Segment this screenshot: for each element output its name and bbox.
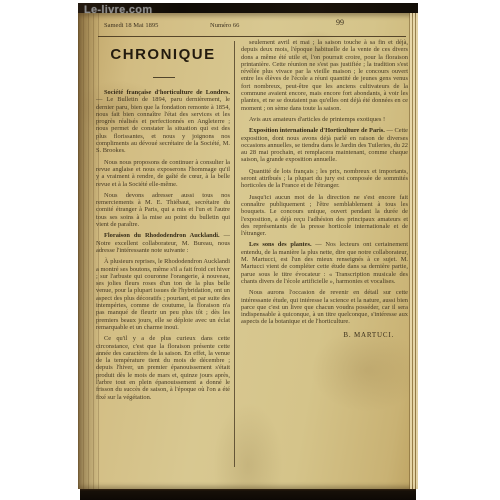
paragraph-lead: Exposition internationale d'Horticulture… <box>249 127 386 134</box>
paragraph-body: seulement avril et mai ; la saison touch… <box>241 39 408 112</box>
paragraph-body: Ce qu'il y a de plus curieux dans cette … <box>96 335 230 400</box>
paragraph-body: Avis aux amateurs d'articles de printemp… <box>249 116 385 123</box>
paragraph: Exposition internationale d'Horticulture… <box>241 127 408 163</box>
column-divider <box>234 41 235 467</box>
header-date: Samedi 18 Mai 1895 <box>104 22 158 29</box>
page-stack-edge <box>409 13 418 489</box>
journal-page: Samedi 18 Mai 1895 Numéro 66 99 CHRONIQU… <box>78 13 418 489</box>
paragraph-body: — Nos lecteurs ont certainement entendu,… <box>241 241 408 284</box>
paragraph: Avis aux amateurs d'articles de printemp… <box>241 116 408 123</box>
paragraph-lead: Les sons des plantes. <box>249 241 315 248</box>
paragraph-lead: Société française d'horticulture de Lond… <box>104 89 230 96</box>
paragraph-body: Nous devons adresser aussi tous nos reme… <box>96 192 230 228</box>
header-issue-number: Numéro 66 <box>210 22 239 29</box>
scanned-book-page: Samedi 18 Mai 1895 Numéro 66 99 CHRONIQU… <box>78 3 418 500</box>
paragraph: seulement avril et mai ; la saison touch… <box>241 39 408 112</box>
paragraph: Les sons des plantes. — Nos lecteurs ont… <box>241 241 408 285</box>
paragraph-body: Nous nous proposons de continuer à consu… <box>96 159 230 188</box>
paragraph: Nous devons adresser aussi tous nos reme… <box>96 192 230 228</box>
watermark-text: Le-livre.com <box>84 4 152 16</box>
paragraph-body: Jusqu'ici aucun mot de la direction ne s… <box>241 194 408 237</box>
paragraph: À plusieurs reprises, le Rhododendron Au… <box>96 258 230 331</box>
author-signature: B. MARTUCI. <box>241 332 408 339</box>
title-rule <box>153 77 175 78</box>
paragraph: Floraison du Rhododendron Aucklandi. — N… <box>96 232 230 254</box>
header-page-number: 99 <box>336 18 344 27</box>
header-rule <box>98 36 406 37</box>
paragraph: Société française d'horticulture de Lond… <box>96 89 230 155</box>
left-column: Société française d'horticulture de Lond… <box>96 89 230 487</box>
paragraph-lead: Floraison du Rhododendron Aucklandi. <box>104 232 224 239</box>
paragraph-body: Quantité de lots français ; les prix, no… <box>241 168 408 190</box>
paragraph: Quantité de lots français ; les prix, no… <box>241 168 408 190</box>
book-scan-photo: { "watermark": "Le-livre.com", "page": {… <box>0 0 500 500</box>
paragraph: Nous aurons l'occasion de revenir en dét… <box>241 289 408 325</box>
page-title: CHRONIQUE <box>94 46 232 63</box>
paragraph-body: Nous aurons l'occasion de revenir en dét… <box>241 289 408 325</box>
paragraph-body: À plusieurs reprises, le Rhododendron Au… <box>96 258 230 331</box>
paragraph: Ce qu'il y a de plus curieux dans cette … <box>96 335 230 401</box>
paragraph-body: — Le Bulletin de 1894, paru dernièrement… <box>96 96 230 154</box>
right-column: seulement avril et mai ; la saison touch… <box>241 39 408 487</box>
paragraph: Nous nous proposons de continuer à consu… <box>96 159 230 188</box>
paragraph: Jusqu'ici aucun mot de la direction ne s… <box>241 194 408 238</box>
